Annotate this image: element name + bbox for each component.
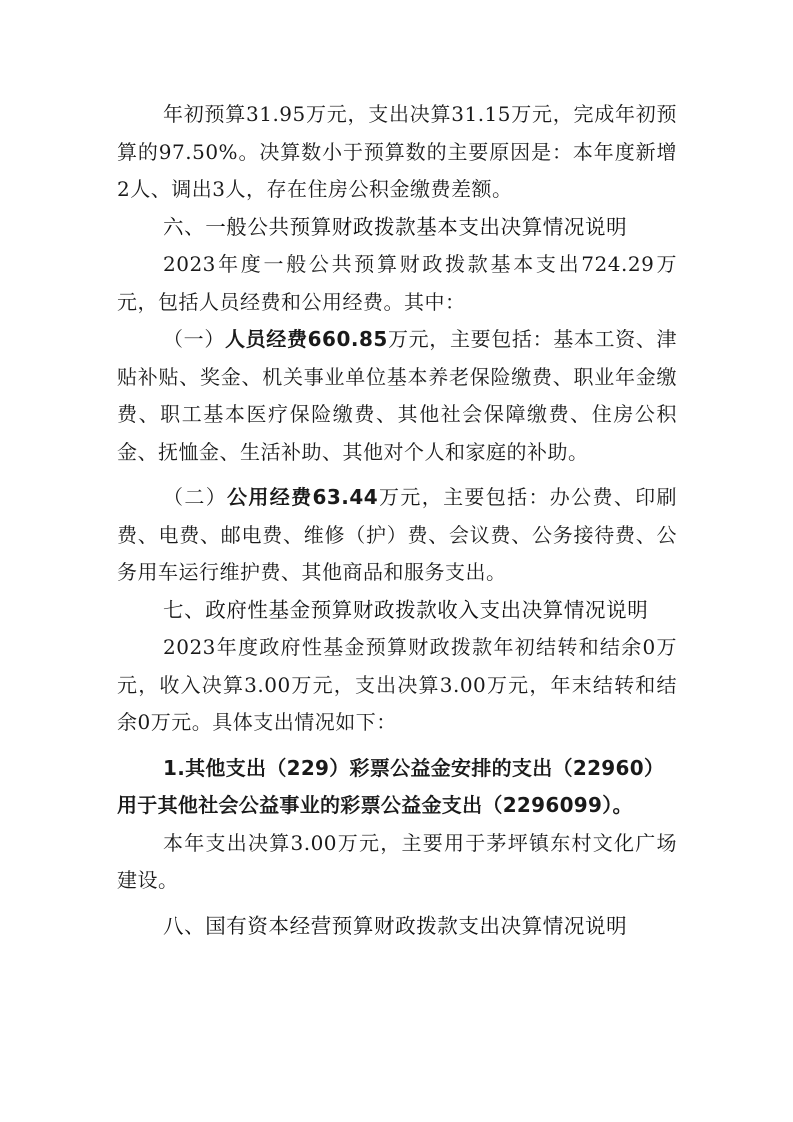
public-expense-paragraph: （二）公用经费63.44万元，主要包括：办公费、印刷费、电费、邮电费、维修（护）…	[117, 479, 677, 592]
section-7-heading: 七、政府性基金预算财政拨款收入支出决算情况说明	[117, 592, 677, 630]
item-prefix: （二）	[163, 485, 227, 509]
section-7-summary: 2023年度政府性基金预算财政拨款年初结转和结余0万元，收入决算3.00万元，支…	[117, 629, 677, 742]
item-label: 公用经费	[227, 485, 312, 509]
document-page: 年初预算31.95万元，支出决算31.15万元，完成年初预算的97.50%。决算…	[117, 96, 677, 945]
item-amount: 63.44	[312, 485, 378, 509]
item-prefix: （一）	[163, 327, 225, 351]
section-6-summary: 2023年度一般公共预算财政拨款基本支出724.29万元，包括人员经费和公用经费…	[117, 246, 677, 321]
intro-paragraph: 年初预算31.95万元，支出决算31.15万元，完成年初预算的97.50%。决算…	[117, 96, 677, 209]
section-8-heading: 八、国有资本经营预算财政拨款支出决算情况说明	[117, 908, 677, 946]
section-6-heading: 六、一般公共预算财政拨款基本支出决算情况说明	[117, 209, 677, 247]
section-7-subitem-title: 1.其他支出（229）彩票公益金安排的支出（22960）用于其他社会公益事业的彩…	[117, 750, 677, 825]
item-label: 人员经费	[225, 327, 308, 351]
personnel-expense-paragraph: （一）人员经费660.85万元，主要包括：基本工资、津贴补贴、奖金、机关事业单位…	[117, 321, 677, 471]
section-7-subitem-body: 本年支出决算3.00万元，主要用于茅坪镇东村文化广场建设。	[117, 825, 677, 900]
item-amount: 660.85	[308, 327, 388, 351]
